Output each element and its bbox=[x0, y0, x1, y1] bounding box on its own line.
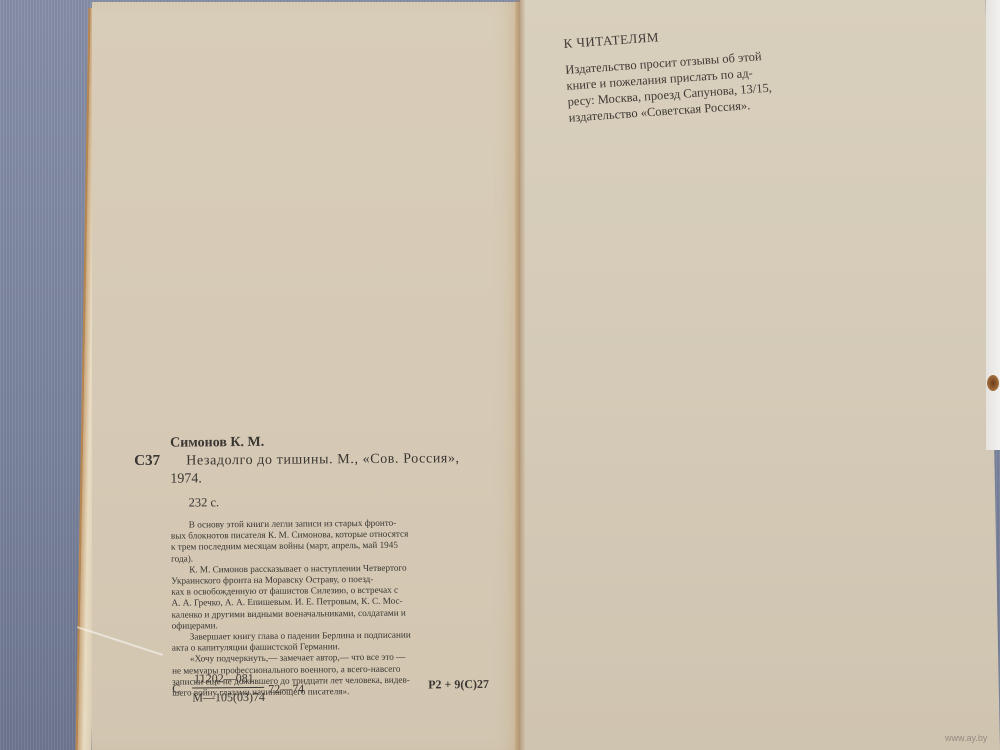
fraction-bar bbox=[192, 687, 264, 689]
publication-year: 1974. bbox=[170, 471, 202, 487]
book-title: Незадолго до тишины. М., «Сов. Россия», bbox=[186, 451, 460, 469]
book-gutter bbox=[515, 0, 525, 750]
index-range: 72—74 bbox=[268, 682, 304, 697]
watermark: www.ay.by bbox=[945, 733, 987, 743]
paper-stain bbox=[987, 375, 999, 391]
classification-code: Р2 + 9(С)27 bbox=[428, 677, 489, 693]
to-readers-notice: К ЧИТАТЕЛЯМ Издательство просит отзывы о… bbox=[563, 18, 829, 126]
index-numerator: 11202—081 bbox=[194, 671, 254, 687]
index-letter: С bbox=[172, 682, 180, 697]
catalog-code: С37 bbox=[134, 453, 160, 470]
publisher-index-code: С 11202—081 М—105(03)74 72—74 Р2 + 9(С)2… bbox=[172, 669, 502, 712]
index-denominator: М—105(03)74 bbox=[192, 690, 265, 706]
author-name: Симонов К. М. bbox=[170, 435, 264, 452]
page-count: 232 с. bbox=[189, 495, 220, 510]
